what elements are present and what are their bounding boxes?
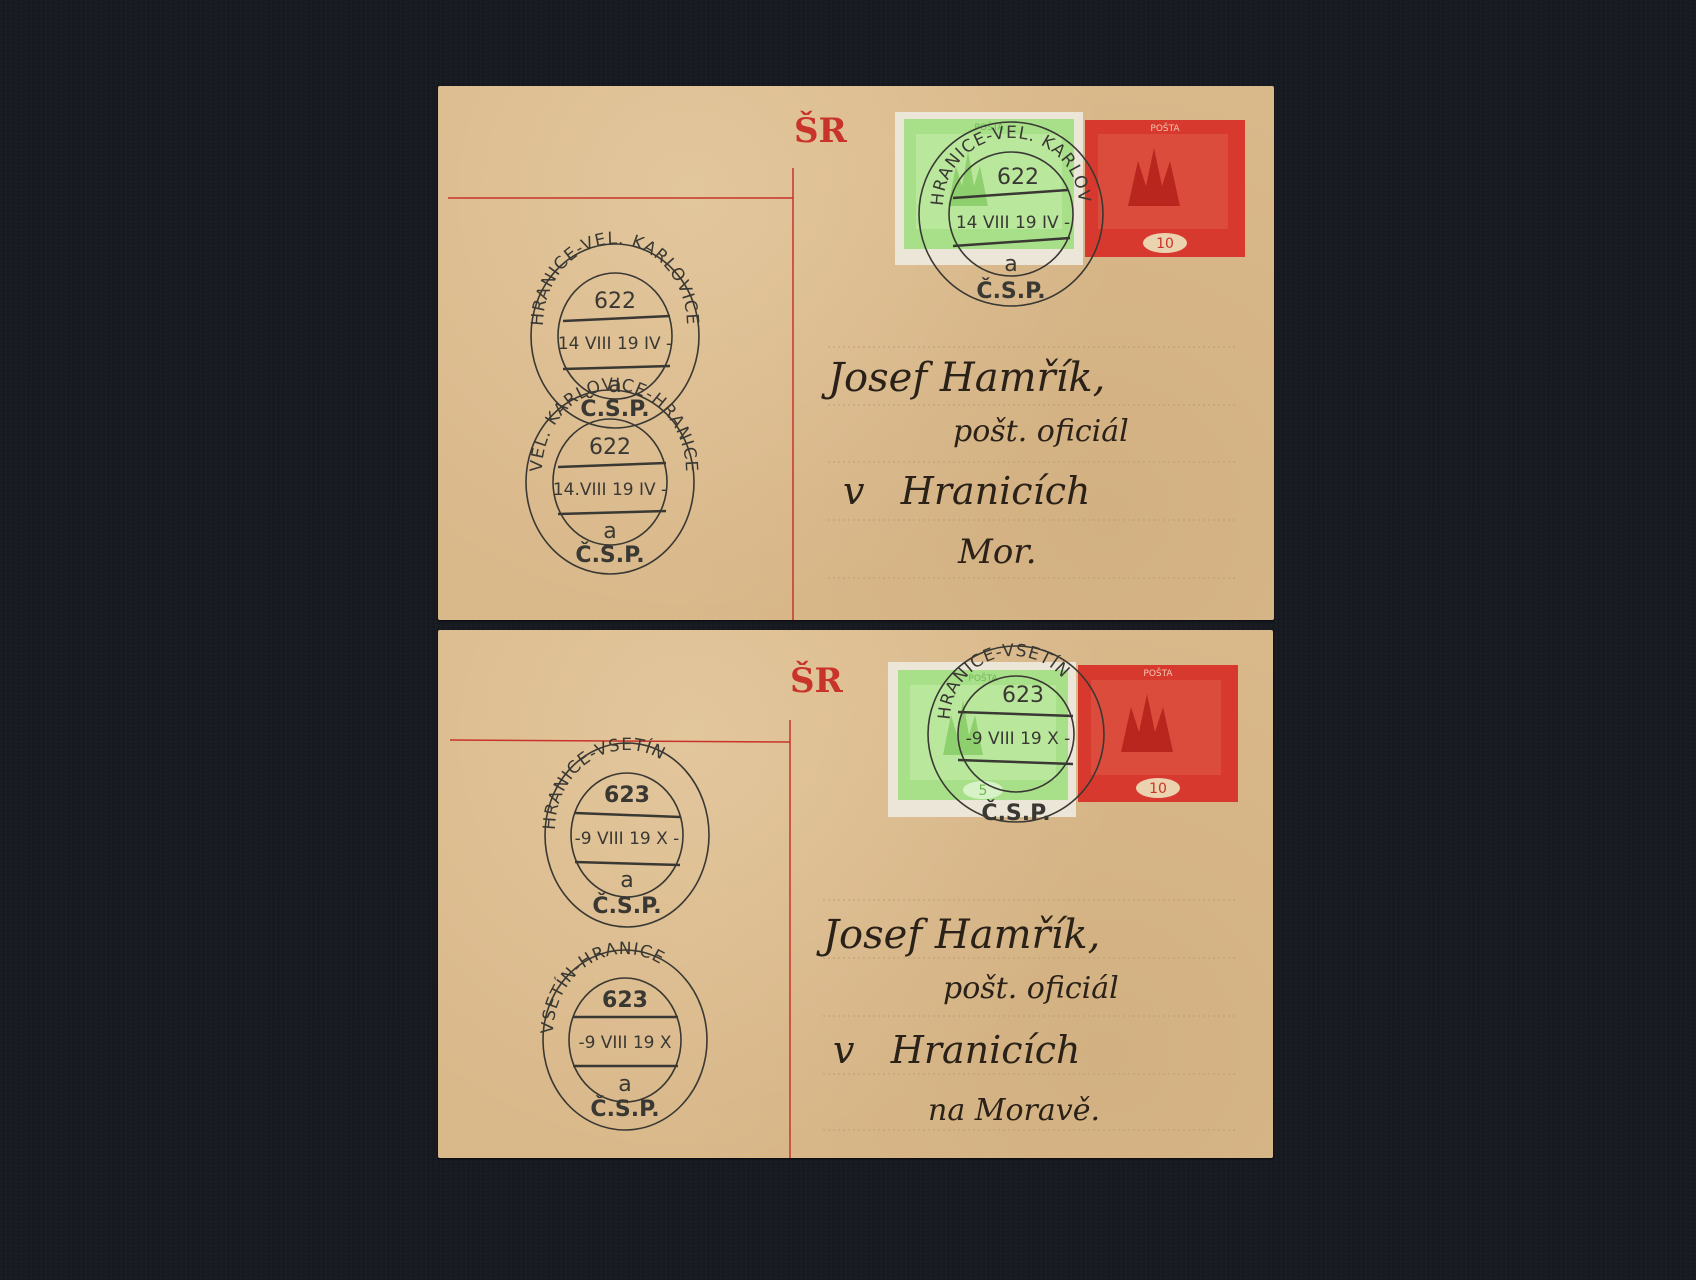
svg-text:622: 622	[589, 435, 631, 460]
svg-text:POŠTA: POŠTA	[1150, 122, 1180, 134]
postcard-top-artwork: ŠR POŠTA 10 POŠTA	[438, 86, 1274, 620]
svg-text:-9 VIII 19 X -: -9 VIII 19 X -	[966, 729, 1071, 749]
address-line-3: v Hranicích	[833, 1028, 1080, 1072]
svg-text:10: 10	[1156, 236, 1174, 252]
stamp-red-10h: 10 POŠTA	[1078, 665, 1238, 802]
svg-text:Č.S.P.: Č.S.P.	[575, 542, 644, 568]
address-line-1: Josef Hamřík,	[821, 355, 1105, 401]
svg-text:-9 VIII 19 X -: -9 VIII 19 X -	[575, 829, 680, 849]
svg-text:a: a	[1004, 252, 1017, 277]
address-line-3: v Hranicích	[843, 469, 1090, 513]
svg-text:Č.S.P.: Č.S.P.	[592, 893, 661, 919]
stamp-red-10h: 10 POŠTA	[1085, 120, 1245, 257]
svg-text:Č.S.P.: Č.S.P.	[981, 800, 1050, 826]
svg-text:623: 623	[1002, 683, 1044, 708]
svg-text:14 VIII 19 IV -: 14 VIII 19 IV -	[956, 213, 1070, 233]
svg-text:623: 623	[604, 783, 650, 808]
svg-text:-9 VIII 19 X: -9 VIII 19 X	[578, 1033, 671, 1053]
address-line-4: na Moravě.	[928, 1093, 1100, 1128]
svg-text:10: 10	[1149, 781, 1167, 797]
postcard-top: ŠR POŠTA 10 POŠTA	[438, 86, 1274, 620]
svg-text:622: 622	[594, 289, 636, 314]
svg-text:5: 5	[979, 783, 988, 799]
svg-text:a: a	[620, 868, 633, 893]
postcard-bottom-artwork: ŠR 5 POŠTA 10 POŠTA	[438, 630, 1273, 1158]
svg-text:Č.S.P.: Č.S.P.	[976, 278, 1045, 304]
svg-text:Č.S.P.: Č.S.P.	[590, 1096, 659, 1122]
monogram: ŠR	[790, 660, 844, 701]
address-line-2: pošt. oficiál	[943, 971, 1119, 1006]
svg-text:623: 623	[602, 988, 648, 1013]
postcard-bottom: ŠR 5 POŠTA 10 POŠTA	[438, 630, 1273, 1158]
address-line-1: Josef Hamřík,	[816, 912, 1100, 958]
address-line-2: pošt. oficiál	[953, 414, 1129, 449]
svg-text:a: a	[618, 1072, 631, 1097]
divider-horizontal	[450, 740, 790, 742]
svg-text:VSETÍN-HRANICE: VSETÍN-HRANICE	[538, 939, 668, 1035]
svg-text:14 VIII 19 IV -: 14 VIII 19 IV -	[558, 334, 672, 354]
monogram: ŠR	[794, 110, 848, 151]
address-line-4: Mor.	[957, 532, 1037, 572]
svg-text:14.VIII 19 IV -: 14.VIII 19 IV -	[553, 480, 667, 500]
svg-text:POŠTA: POŠTA	[1143, 667, 1173, 679]
svg-text:a: a	[603, 519, 616, 544]
svg-text:622: 622	[997, 165, 1039, 190]
